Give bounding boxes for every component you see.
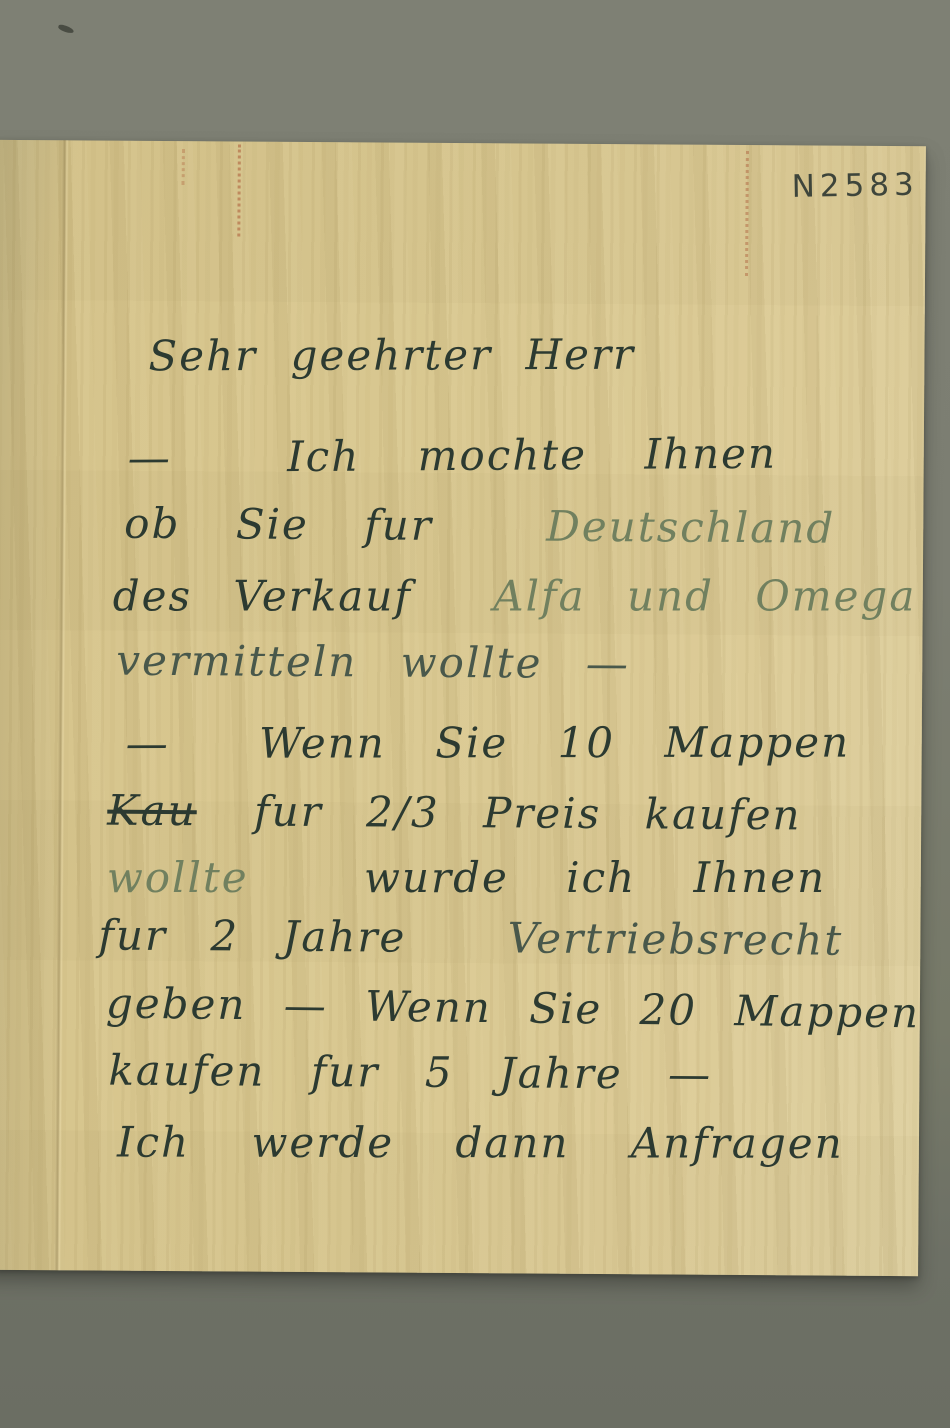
handwritten-text: des Verkauf [113,575,412,617]
red-mark-left [237,144,241,236]
handwritten-line-5: vermitteln wollte — [116,640,630,686]
handwritten-text: ob Sie fur [124,503,433,547]
handwritten-text: Sehr geehrter Herr [148,334,635,378]
struck-word: Kau [107,790,197,833]
handwritten-text: Ich werde dann Anfragen [117,1122,844,1165]
fold-crease [54,140,69,1270]
handwritten-text: Deutschland [546,506,835,550]
handwritten-text: fur 2 Jahre [98,915,406,959]
handwritten-line-11: kaufen fur 5 Jahre — [108,1050,712,1096]
letter-paper: N2583 Sehr geehrter Herr — Ich mochte Ih… [0,140,926,1277]
handwritten-text: geben — Wenn Sie 20 Mappen [106,982,921,1034]
handwritten-line-2: — Ich mochte Ihnen [128,433,778,480]
dash-mark: — [126,723,170,765]
background-speck [57,24,74,35]
handwritten-line-7: Kau fur 2/3 Preis kaufen [107,790,802,837]
red-mark-small [182,149,185,185]
handwritten-text: kaufen fur 5 Jahre — [108,1050,712,1096]
handwritten-line-4: des Verkauf Alfa und Omega [113,575,917,617]
handwritten-line-3: ob Sie fur Deutschland [124,503,835,550]
handwritten-text: Wenn Sie 10 Mappen [259,722,850,765]
photo-background: N2583 Sehr geehrter Herr — Ich mochte Ih… [0,0,950,1428]
red-mark-right [745,151,749,276]
handwritten-line-10: geben — Wenn Sie 20 Mappen [106,982,921,1034]
handwritten-text: wurde ich Ihnen [364,857,826,899]
catalog-number: N2583 [791,167,919,205]
handwritten-line-6: — Wenn Sie 10 Mappen [126,722,850,765]
handwritten-text: fur 2/3 Preis kaufen [254,791,802,837]
handwritten-line-9: fur 2 Jahre Vertriebsrecht [98,915,843,962]
handwritten-line-salutation: Sehr geehrter Herr [148,334,635,378]
handwritten-text: vermitteln wollte — [116,640,630,686]
handwritten-text: Vertriebsrecht [508,917,844,961]
handwritten-text: Ich mochte Ihnen [287,433,777,478]
dash-mark: — [128,437,172,479]
handwritten-text: Alfa und Omega [493,575,916,617]
handwritten-line-8: wollte wurde ich Ihnen [107,857,826,899]
handwritten-text: wollte [107,857,249,899]
handwritten-line-12: Ich werde dann Anfragen [117,1122,844,1165]
